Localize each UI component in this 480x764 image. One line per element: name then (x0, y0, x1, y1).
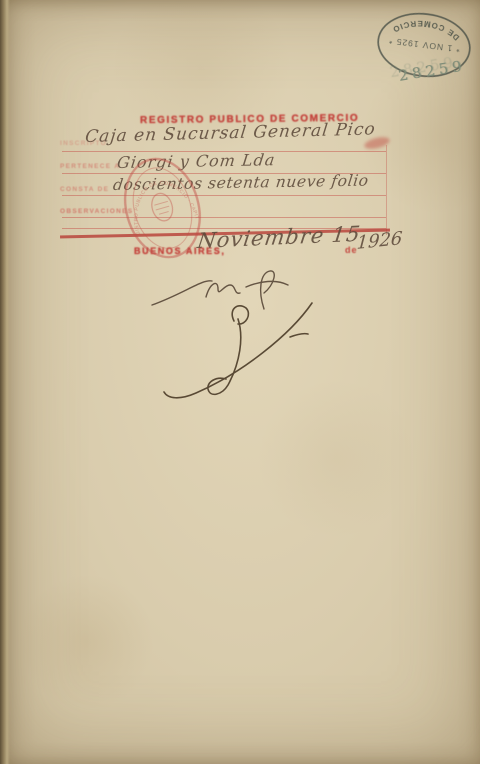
rule-right-margin (386, 145, 387, 235)
binding-edge (0, 0, 10, 764)
lower-signature (164, 303, 312, 398)
signatures (130, 255, 350, 415)
year-handwritten: 1926 (356, 228, 403, 254)
row-label-consta: CONSTA DE (60, 186, 109, 193)
rule-line (62, 195, 386, 196)
row-entry-1: Caja en Sucursal General Pico (84, 119, 377, 147)
postmark-date: * 1 NOV 1925 * (388, 36, 461, 55)
seal-emblem-lines (154, 201, 170, 214)
scanned-page: DE COMERCIO * 1 NOV 1925 * 28259 REGISTR… (0, 0, 480, 764)
rule-line (62, 217, 386, 218)
upper-signature (152, 271, 288, 309)
seal-coat-of-arms (149, 191, 176, 223)
